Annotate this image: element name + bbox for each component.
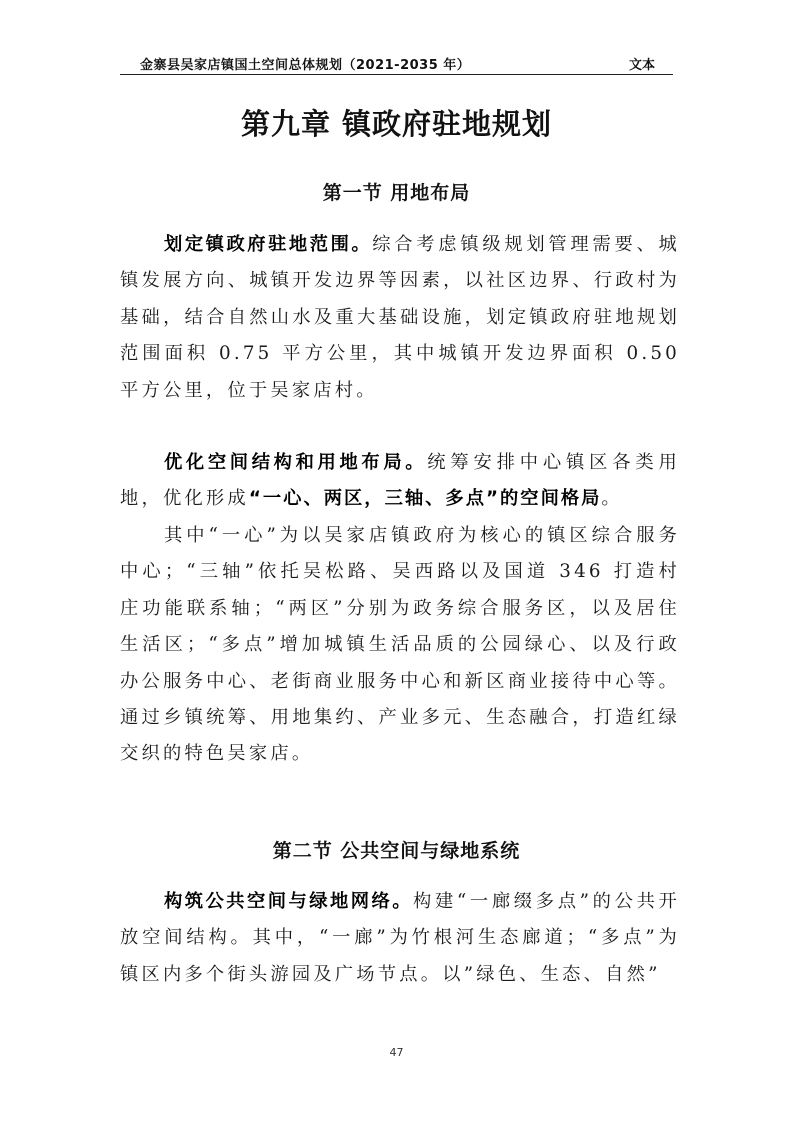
page-number: 47 xyxy=(0,1046,793,1059)
paragraph-emphasis: “一心、两区，三轴、多点”的空间格局 xyxy=(249,488,602,509)
paragraph-text: 其中“一心”为以吴家店镇政府为核心的镇区综合服务中心；“三轴”依托吴松路、吴西路… xyxy=(120,525,680,764)
chapter-title: 第九章 镇政府驻地规划 xyxy=(0,102,793,143)
paragraph: 其中“一心”为以吴家店镇政府为核心的镇区综合服务中心；“三轴”依托吴松路、吴西路… xyxy=(120,518,680,773)
paragraph: 优化空间结构和用地布局。统筹安排中心镇区各类用地，优化形成“一心、两区，三轴、多… xyxy=(120,445,680,518)
paragraph: 构筑公共空间与绿地网络。构建“一廊缀多点”的公共开放空间结构。其中，“一廊”为竹… xyxy=(120,884,680,993)
section-title-1: 第一节 用地布局 xyxy=(0,178,793,205)
paragraph-lead: 构筑公共空间与绿地网络。 xyxy=(164,891,413,912)
page-header: 金寨县吴家店镇国土空间总体规划（2021-2035 年） 文本 xyxy=(120,52,673,75)
paragraph: 划定镇政府驻地范围。综合考虑镇级规划管理需要、城镇发展方向、城镇开发边界等因素，… xyxy=(120,227,680,409)
document-title: 金寨县吴家店镇国土空间总体规划（2021-2035 年） xyxy=(140,54,470,73)
paragraph-lead: 划定镇政府驻地范围。 xyxy=(164,234,372,255)
paragraph-lead: 优化空间结构和用地布局。 xyxy=(164,452,427,473)
document-type-label: 文本 xyxy=(629,54,655,73)
paragraph-tail: 。 xyxy=(601,488,622,509)
section-title-2: 第二节 公共空间与绿地系统 xyxy=(0,836,793,863)
paragraph-text: 综合考虑镇级规划管理需要、城镇发展方向、城镇开发边界等因素，以社区边界、行政村为… xyxy=(120,234,680,401)
